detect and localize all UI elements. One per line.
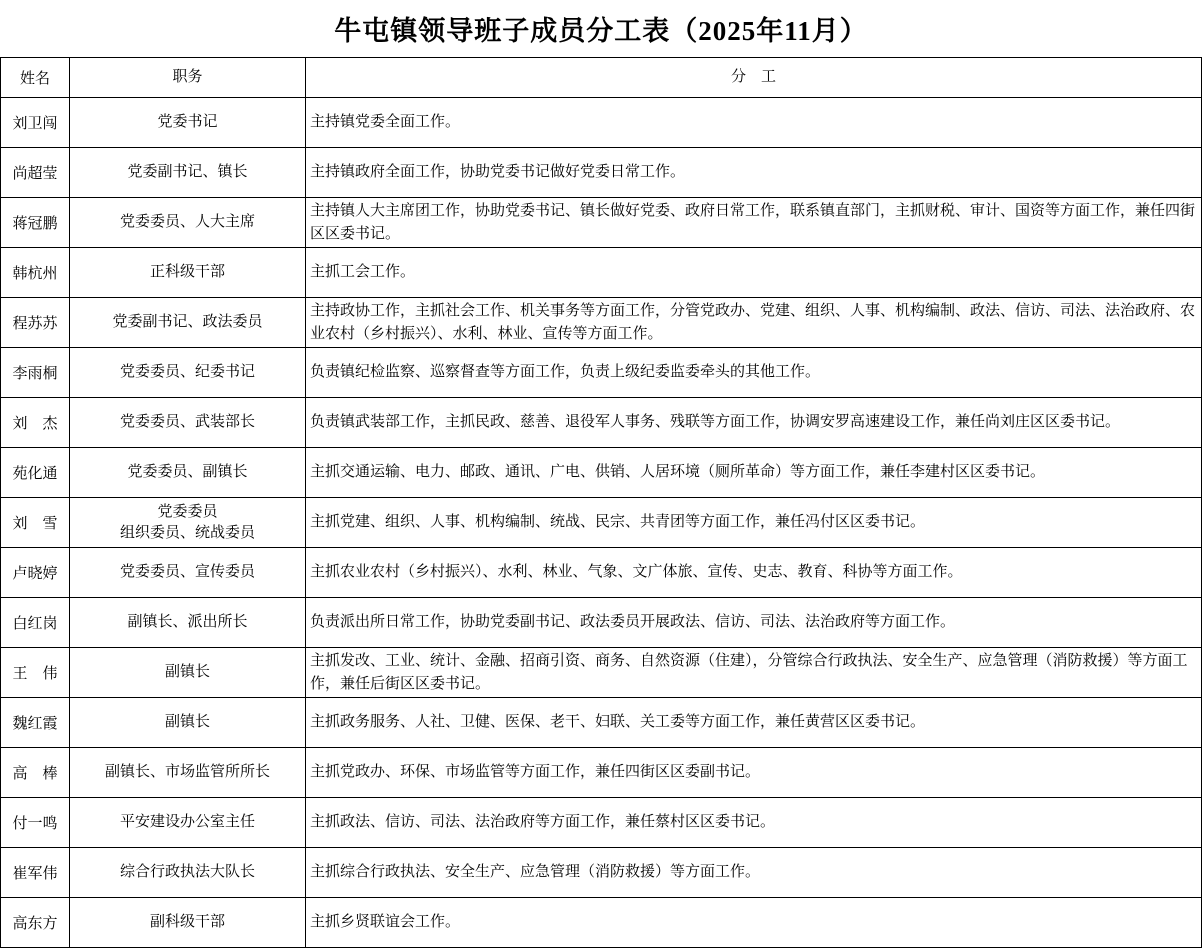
name-cell: 白红岗 xyxy=(1,598,70,648)
position-cell: 党委委员、宣传委员 xyxy=(70,548,306,598)
name-cell: 魏红霞 xyxy=(1,698,70,748)
position-cell: 党委委员、人大主席 xyxy=(70,198,306,248)
header-name: 姓名 xyxy=(1,58,70,98)
duty-cell: 主抓乡贤联谊会工作。 xyxy=(306,898,1202,948)
position-cell: 党委书记 xyxy=(70,98,306,148)
name-cell: 刘 雪 xyxy=(1,498,70,548)
duty-cell: 主抓政务服务、人社、卫健、医保、老干、妇联、关工委等方面工作，兼任黄营区区委书记… xyxy=(306,698,1202,748)
table-row: 苑化通 党委委员、副镇长 主抓交通运输、电力、邮政、通讯、广电、供销、人居环境（… xyxy=(1,448,1202,498)
name-cell: 韩杭州 xyxy=(1,248,70,298)
table-row: 白红岗 副镇长、派出所长 负责派出所日常工作，协助党委副书记、政法委员开展政法、… xyxy=(1,598,1202,648)
position-cell: 党委委员、纪委书记 xyxy=(70,348,306,398)
document-page: 牛屯镇领导班子成员分工表（2025年11月） 姓名 职务 分 工 刘卫闯 党委书… xyxy=(0,0,1202,949)
table-row: 王 伟 副镇长 主抓发改、工业、统计、金融、招商引资、商务、自然资源（住建），分… xyxy=(1,648,1202,698)
position-cell: 副镇长、市场监管所所长 xyxy=(70,748,306,798)
position-cell: 党委副书记、镇长 xyxy=(70,148,306,198)
table-row: 尚超莹 党委副书记、镇长 主持镇政府全面工作，协助党委书记做好党委日常工作。 xyxy=(1,148,1202,198)
header-row: 姓名 职务 分 工 xyxy=(1,58,1202,98)
duty-cell: 主抓综合行政执法、安全生产、应急管理（消防救援）等方面工作。 xyxy=(306,848,1202,898)
duty-cell: 主抓交通运输、电力、邮政、通讯、广电、供销、人居环境（厕所革命）等方面工作，兼任… xyxy=(306,448,1202,498)
name-cell: 高东方 xyxy=(1,898,70,948)
page-title: 牛屯镇领导班子成员分工表（2025年11月） xyxy=(334,9,868,48)
duty-cell: 主抓党政办、环保、市场监管等方面工作，兼任四街区区委副书记。 xyxy=(306,748,1202,798)
position-cell: 党委委员、武装部长 xyxy=(70,398,306,448)
table-body: 刘卫闯 党委书记 主持镇党委全面工作。 尚超莹 党委副书记、镇长 主持镇政府全面… xyxy=(1,98,1202,948)
assignment-table: 姓名 职务 分 工 刘卫闯 党委书记 主持镇党委全面工作。 尚超莹 党委副书记、… xyxy=(0,57,1202,948)
duty-cell: 负责镇纪检监察、巡察督查等方面工作，负责上级纪委监委牵头的其他工作。 xyxy=(306,348,1202,398)
name-cell: 尚超莹 xyxy=(1,148,70,198)
table-row: 高 棒 副镇长、市场监管所所长 主抓党政办、环保、市场监管等方面工作，兼任四街区… xyxy=(1,748,1202,798)
name-cell: 崔军伟 xyxy=(1,848,70,898)
duty-cell: 主持镇政府全面工作，协助党委书记做好党委日常工作。 xyxy=(306,148,1202,198)
duty-cell: 负责镇武装部工作，主抓民政、慈善、退役军人事务、残联等方面工作，协调安罗高速建设… xyxy=(306,398,1202,448)
table-row: 魏红霞 副镇长 主抓政务服务、人社、卫健、医保、老干、妇联、关工委等方面工作，兼… xyxy=(1,698,1202,748)
header-duty: 分 工 xyxy=(306,58,1202,98)
name-cell: 蒋冠鹏 xyxy=(1,198,70,248)
position-cell: 综合行政执法大队长 xyxy=(70,848,306,898)
position-cell: 党委委员 组织委员、统战委员 xyxy=(70,498,306,548)
position-cell: 正科级干部 xyxy=(70,248,306,298)
table-row: 程苏苏 党委副书记、政法委员 主持政协工作，主抓社会工作、机关事务等方面工作，分… xyxy=(1,298,1202,348)
duty-cell: 主抓农业农村（乡村振兴）、水利、林业、气象、文广体旅、宣传、史志、教育、科协等方… xyxy=(306,548,1202,598)
name-cell: 卢晓婷 xyxy=(1,548,70,598)
name-cell: 刘卫闯 xyxy=(1,98,70,148)
name-cell: 王 伟 xyxy=(1,648,70,698)
position-cell: 党委副书记、政法委员 xyxy=(70,298,306,348)
duty-cell: 主抓发改、工业、统计、金融、招商引资、商务、自然资源（住建），分管综合行政执法、… xyxy=(306,648,1202,698)
position-cell: 副镇长、派出所长 xyxy=(70,598,306,648)
duty-cell: 主持政协工作，主抓社会工作、机关事务等方面工作，分管党政办、党建、组织、人事、机… xyxy=(306,298,1202,348)
position-cell: 副镇长 xyxy=(70,648,306,698)
duty-cell: 主抓政法、信访、司法、法治政府等方面工作，兼任蔡村区区委书记。 xyxy=(306,798,1202,848)
position-cell: 副镇长 xyxy=(70,698,306,748)
table-row: 李雨桐 党委委员、纪委书记 负责镇纪检监察、巡察督查等方面工作，负责上级纪委监委… xyxy=(1,348,1202,398)
name-cell: 付一鸣 xyxy=(1,798,70,848)
name-cell: 李雨桐 xyxy=(1,348,70,398)
name-cell: 高 棒 xyxy=(1,748,70,798)
table-row: 刘 杰 党委委员、武装部长 负责镇武装部工作，主抓民政、慈善、退役军人事务、残联… xyxy=(1,398,1202,448)
table-row: 卢晓婷 党委委员、宣传委员 主抓农业农村（乡村振兴）、水利、林业、气象、文广体旅… xyxy=(1,548,1202,598)
name-cell: 苑化通 xyxy=(1,448,70,498)
name-cell: 程苏苏 xyxy=(1,298,70,348)
name-cell: 刘 杰 xyxy=(1,398,70,448)
table-row: 刘 雪 党委委员 组织委员、统战委员 主抓党建、组织、人事、机构编制、统战、民宗… xyxy=(1,498,1202,548)
title-block: 牛屯镇领导班子成员分工表（2025年11月） xyxy=(0,0,1202,57)
duty-cell: 主抓党建、组织、人事、机构编制、统战、民宗、共青团等方面工作，兼任冯付区区委书记… xyxy=(306,498,1202,548)
table-row: 付一鸣 平安建设办公室主任 主抓政法、信访、司法、法治政府等方面工作，兼任蔡村区… xyxy=(1,798,1202,848)
table-row: 高东方 副科级干部 主抓乡贤联谊会工作。 xyxy=(1,898,1202,948)
table-row: 韩杭州 正科级干部 主抓工会工作。 xyxy=(1,248,1202,298)
position-cell: 党委委员、副镇长 xyxy=(70,448,306,498)
duty-cell: 主持镇党委全面工作。 xyxy=(306,98,1202,148)
header-position: 职务 xyxy=(70,58,306,98)
duty-cell: 主持镇人大主席团工作，协助党委书记、镇长做好党委、政府日常工作，联系镇直部门，主… xyxy=(306,198,1202,248)
position-cell: 副科级干部 xyxy=(70,898,306,948)
table-row: 崔军伟 综合行政执法大队长 主抓综合行政执法、安全生产、应急管理（消防救援）等方… xyxy=(1,848,1202,898)
duty-cell: 主抓工会工作。 xyxy=(306,248,1202,298)
duty-cell: 负责派出所日常工作，协助党委副书记、政法委员开展政法、信访、司法、法治政府等方面… xyxy=(306,598,1202,648)
table-row: 刘卫闯 党委书记 主持镇党委全面工作。 xyxy=(1,98,1202,148)
table-row: 蒋冠鹏 党委委员、人大主席 主持镇人大主席团工作，协助党委书记、镇长做好党委、政… xyxy=(1,198,1202,248)
position-cell: 平安建设办公室主任 xyxy=(70,798,306,848)
